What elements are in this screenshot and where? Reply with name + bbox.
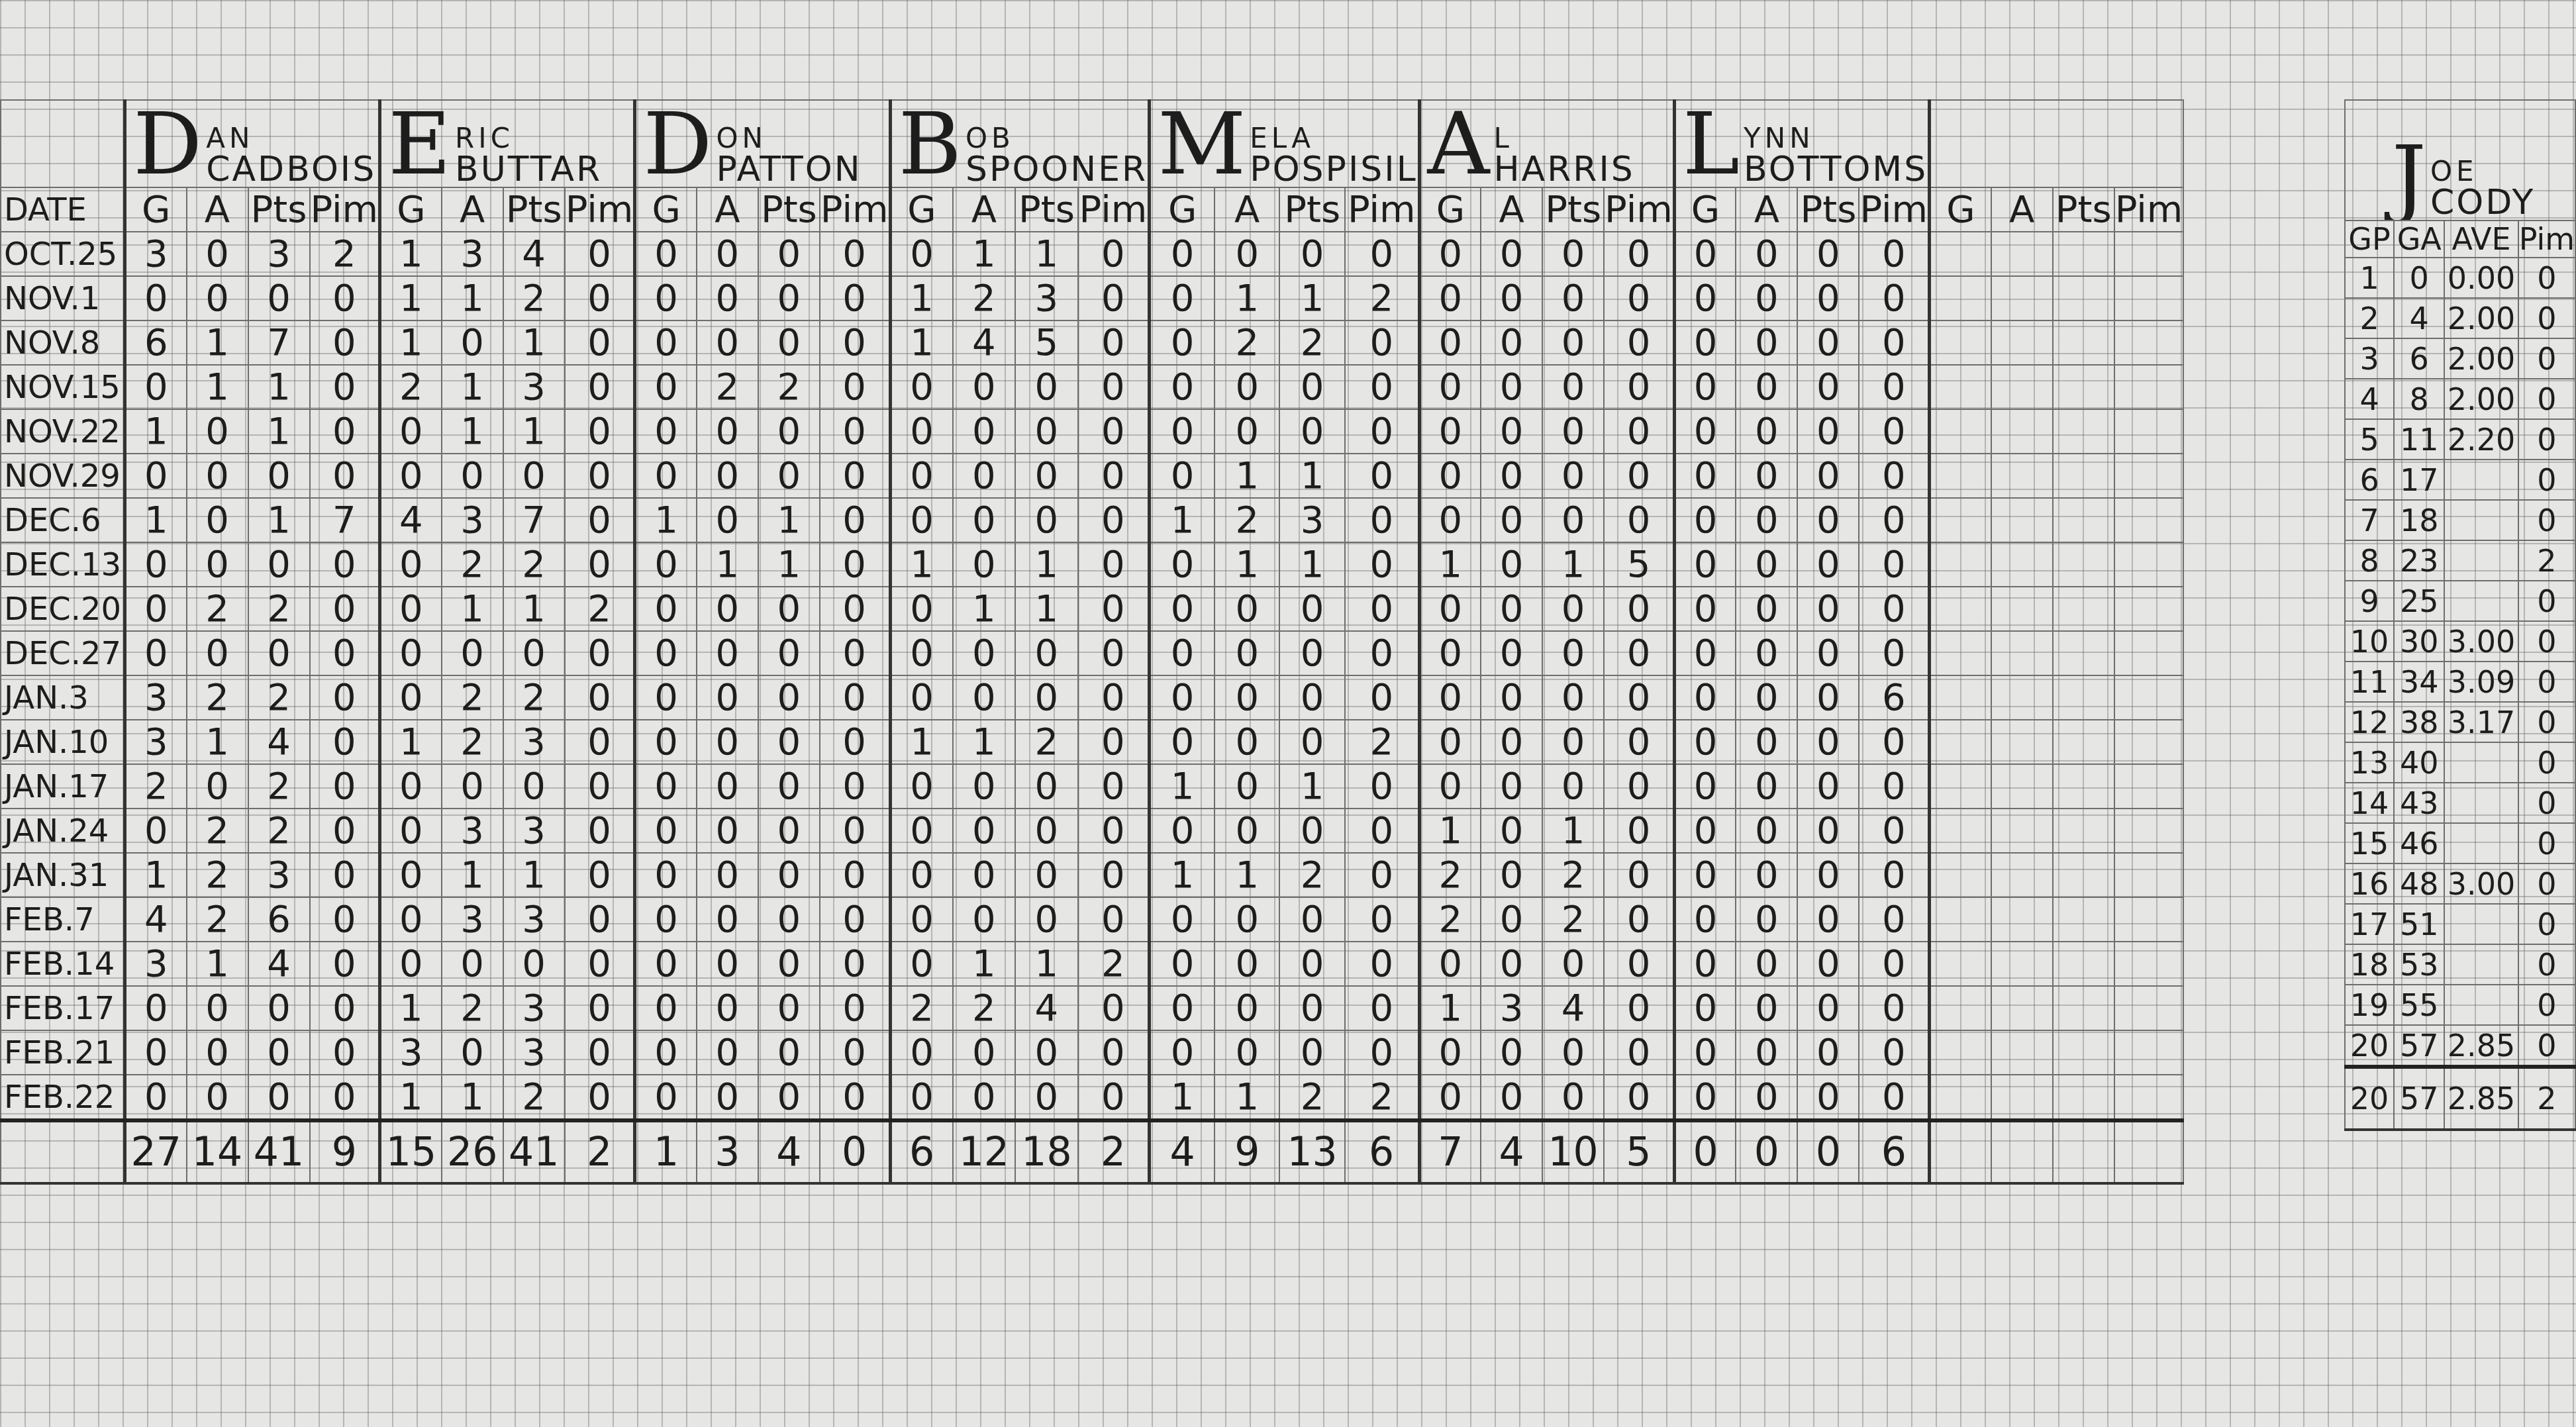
goalie-stat-cell: 2.00 [2444, 338, 2518, 379]
stat-cell: 0 [310, 365, 380, 409]
stat-cell: 0 [1078, 675, 1150, 720]
game-row: JAN.103140123000001120000200000000 [1, 720, 2183, 764]
stat-cell: 0 [1797, 675, 1859, 720]
stat-cell: 0 [187, 276, 248, 320]
stat-cell [1930, 942, 1991, 986]
stat-cell: 0 [310, 675, 380, 720]
goalie-game-row: 20572.850 [2345, 1025, 2575, 1067]
stat-cell: 0 [1859, 409, 1929, 454]
goalie-game-row: 13400 [2345, 742, 2575, 783]
stat-cell: 0 [1797, 764, 1859, 809]
stat-cell: 0 [1797, 276, 1859, 320]
player-name-header: DONPATTON [635, 100, 890, 187]
goalie-game-row: 6170 [2345, 460, 2575, 500]
stat-header: Pim [2114, 187, 2184, 232]
goalie-stat-cell [2444, 742, 2518, 783]
stat-cell: 0 [758, 853, 820, 897]
stat-cell: 0 [820, 320, 890, 365]
game-date: DEC.6 [1, 498, 125, 542]
goalie-stat-cell: 3.00 [2444, 863, 2518, 904]
game-date: NOV.29 [1, 454, 125, 498]
stat-cell: 0 [1542, 320, 1604, 365]
goalie-stat-header: GA [2394, 221, 2444, 258]
stat-cell: 0 [1279, 409, 1344, 454]
stat-cell: 0 [187, 986, 248, 1030]
stat-cell: 0 [820, 942, 890, 986]
stat-cell: 0 [1674, 542, 1736, 587]
total-cell: 9 [1214, 1120, 1279, 1183]
stat-cell: 0 [1279, 942, 1344, 986]
goalie-stat-cell: 40 [2394, 742, 2444, 783]
stat-cell: 0 [1345, 320, 1419, 365]
stat-cell: 0 [953, 454, 1016, 498]
stat-cell: 0 [1214, 232, 1279, 276]
stat-cell: 1 [1150, 764, 1214, 809]
total-cell: 6 [890, 1120, 953, 1183]
goalie-stat-cell: 2 [2518, 540, 2575, 581]
stat-cell: 0 [1542, 764, 1604, 809]
stat-cell: 1 [1150, 853, 1214, 897]
stat-cell: 0 [758, 1075, 820, 1120]
stat-cell: 0 [1736, 320, 1797, 365]
total-cell [1930, 1120, 1991, 1183]
goalie-stat-cell: 25 [2394, 581, 2444, 621]
player-first-name: RIC [455, 124, 602, 152]
date-name-spacer [1, 100, 125, 187]
goalie-header-row: GPGAAVEPim [2345, 221, 2575, 258]
stat-cell: 0 [1078, 498, 1150, 542]
player-last-name: PATTON [717, 152, 862, 187]
stat-cell: 2 [187, 853, 248, 897]
stat-cell: 2 [125, 764, 187, 809]
stat-cell: 0 [635, 942, 697, 986]
stat-cell [2114, 1075, 2184, 1120]
stat-cell: 0 [310, 409, 380, 454]
stat-cell: 1 [953, 232, 1016, 276]
stat-cell: 0 [953, 853, 1016, 897]
game-date: FEB.21 [1, 1030, 125, 1075]
goalie-stat-cell: 51 [2394, 904, 2444, 944]
stat-cell [2053, 365, 2114, 409]
stat-cell: 0 [565, 1030, 635, 1075]
stat-cell: 0 [1078, 1030, 1150, 1075]
stat-cell [2114, 720, 2184, 764]
stat-cell: 0 [380, 587, 442, 631]
stat-cell: 0 [1078, 409, 1150, 454]
game-date: JAN.31 [1, 853, 125, 897]
stat-cell: 0 [125, 986, 187, 1030]
stat-cell [1930, 1030, 1991, 1075]
stat-header: Pts [1015, 187, 1078, 232]
stat-cell: 2 [442, 542, 503, 587]
stat-cell: 1 [1214, 542, 1279, 587]
stat-cell: 0 [1542, 675, 1604, 720]
stat-cell: 0 [758, 1030, 820, 1075]
stat-cell: 0 [758, 454, 820, 498]
stat-cell: 0 [1859, 454, 1929, 498]
stat-cell: 2 [1015, 720, 1078, 764]
goalie-stat-cell: 0 [2518, 298, 2575, 338]
stat-cell: 2 [758, 365, 820, 409]
stat-cell: 0 [1797, 232, 1859, 276]
goalie-stat-cell: 2 [2345, 298, 2394, 338]
stat-cell [1930, 587, 1991, 631]
stat-cell: 1 [442, 365, 503, 409]
stat-cell: 0 [1859, 498, 1929, 542]
stat-cell: 4 [248, 720, 310, 764]
stat-cell: 0 [1345, 1030, 1419, 1075]
stat-cell: 5 [1015, 320, 1078, 365]
game-date: FEB.14 [1, 942, 125, 986]
stat-cell: 0 [1481, 631, 1542, 675]
goalie-game-row: 8232 [2345, 540, 2575, 581]
stat-cell: 0 [1736, 542, 1797, 587]
goalie-stats-table: J OE CODY GPGAAVEPim 100.000242.000362.0… [2344, 99, 2576, 1131]
goalie-stat-cell [2444, 460, 2518, 500]
stat-cell: 0 [1736, 409, 1797, 454]
game-date: JAN.3 [1, 675, 125, 720]
stat-cell: 0 [1279, 809, 1344, 853]
stat-cell: 2 [442, 675, 503, 720]
player-initial: B [899, 101, 962, 187]
stat-cell: 0 [1419, 1075, 1481, 1120]
goalie-stat-cell [2444, 581, 2518, 621]
player-name-header: BOBSPOONER [890, 100, 1150, 187]
stat-cell: 1 [248, 498, 310, 542]
stat-cell: 0 [1078, 897, 1150, 942]
player-last-name: HARRIS [1494, 152, 1635, 187]
stat-cell: 0 [1481, 232, 1542, 276]
stat-cell [2114, 454, 2184, 498]
goalie-stat-cell: 8 [2345, 540, 2394, 581]
total-cell: 7 [1419, 1120, 1481, 1183]
stat-cell: 3 [248, 232, 310, 276]
stat-cell: 0 [310, 1030, 380, 1075]
stat-cell: 0 [248, 454, 310, 498]
stat-cell: 0 [1150, 942, 1214, 986]
stat-header: Pim [310, 187, 380, 232]
stat-cell [2114, 764, 2184, 809]
stat-cell: 0 [1214, 986, 1279, 1030]
stat-cell: 2 [1345, 1075, 1419, 1120]
stat-cell: 0 [1604, 498, 1674, 542]
goalie-stat-cell: 0 [2518, 621, 2575, 662]
total-cell [1991, 1120, 2053, 1183]
total-cell: 5 [1604, 1120, 1674, 1183]
stat-cell: 0 [635, 409, 697, 454]
stat-cell: 1 [1214, 1075, 1279, 1120]
game-row: FEB.74260033000000000000020200000 [1, 897, 2183, 942]
stat-cell: 0 [1604, 409, 1674, 454]
stat-cell: 1 [125, 853, 187, 897]
stat-cell: 0 [442, 764, 503, 809]
stat-cell: 0 [310, 897, 380, 942]
goalie-stat-cell: 0 [2518, 823, 2575, 863]
stat-cell: 0 [1214, 587, 1279, 631]
goalie-stat-cell [2444, 904, 2518, 944]
stat-cell [1991, 1030, 2053, 1075]
game-row: NOV.290000000000000000011000000000 [1, 454, 2183, 498]
total-cell [2053, 1120, 2114, 1183]
stat-cell: 0 [1859, 320, 1929, 365]
stat-cell: 0 [1345, 853, 1419, 897]
stat-cell: 7 [248, 320, 310, 365]
stat-cell: 1 [503, 320, 565, 365]
stat-cell [2114, 853, 2184, 897]
stat-cell [2053, 276, 2114, 320]
stat-cell [2053, 409, 2114, 454]
goalie-stat-cell: 3.09 [2444, 662, 2518, 702]
stat-cell: 0 [503, 631, 565, 675]
stat-cell: 1 [442, 276, 503, 320]
stat-cell: 0 [1150, 631, 1214, 675]
goalie-game-row: 9250 [2345, 581, 2575, 621]
totals-row: 27144191526412134061218249136741050006 [1, 1120, 2183, 1183]
stat-cell: 0 [1859, 232, 1929, 276]
stat-cell: 0 [635, 1075, 697, 1120]
stat-cell: 0 [1736, 365, 1797, 409]
stat-cell: 0 [248, 276, 310, 320]
stat-cell: 0 [1542, 587, 1604, 631]
stat-cell: 0 [1736, 498, 1797, 542]
stat-cell: 0 [1604, 1030, 1674, 1075]
stat-cell: 0 [1150, 542, 1214, 587]
goalie-stat-cell: 17 [2394, 460, 2444, 500]
stat-cell: 2 [503, 675, 565, 720]
stat-cell: 0 [380, 675, 442, 720]
goalie-total-cell: 20 [2345, 1067, 2394, 1130]
stat-cell: 0 [1542, 365, 1604, 409]
total-cell: 18 [1015, 1120, 1078, 1183]
stat-cell: 0 [1078, 1075, 1150, 1120]
stat-cell: 2 [310, 232, 380, 276]
stat-cell: 0 [1214, 409, 1279, 454]
stat-cell: 0 [1674, 232, 1736, 276]
goalie-game-row: 362.000 [2345, 338, 2575, 379]
stat-cell: 1 [1015, 232, 1078, 276]
stat-cell: 0 [758, 897, 820, 942]
goalie-stat-cell: 57 [2394, 1025, 2444, 1067]
stat-cell: 0 [820, 542, 890, 587]
stat-cell: 2 [1345, 276, 1419, 320]
stat-cell: 0 [1736, 232, 1797, 276]
player-name-header: LYNNBOTTOMS [1674, 100, 1929, 187]
stat-cell: 0 [1797, 1075, 1859, 1120]
stat-header: G [1674, 187, 1736, 232]
stat-cell: 0 [380, 454, 442, 498]
stat-cell: 2 [1279, 1075, 1344, 1120]
goalie-stat-cell: 30 [2394, 621, 2444, 662]
stat-header: Pts [2053, 187, 2114, 232]
stat-cell: 0 [758, 764, 820, 809]
stat-cell [2053, 720, 2114, 764]
stat-cell [1991, 720, 2053, 764]
total-cell: 13 [1279, 1120, 1344, 1183]
stat-cell: 0 [565, 809, 635, 853]
stat-cell: 2 [248, 587, 310, 631]
stat-cell: 0 [820, 276, 890, 320]
stat-cell [1930, 764, 1991, 809]
stat-cell: 1 [1214, 454, 1279, 498]
stat-cell: 0 [1078, 454, 1150, 498]
stat-cell: 0 [1797, 454, 1859, 498]
stat-cell: 0 [635, 853, 697, 897]
stat-cell: 0 [820, 897, 890, 942]
goalie-total-cell: 2 [2518, 1067, 2575, 1130]
total-cell: 6 [1345, 1120, 1419, 1183]
player-first-name: AN [206, 124, 376, 152]
totals-label [1, 1120, 125, 1183]
stat-cell: 0 [1279, 1030, 1344, 1075]
game-row: JAN.311230011000000000112020200000 [1, 853, 2183, 897]
stat-cell: 0 [1542, 631, 1604, 675]
goalie-game-row: 17510 [2345, 904, 2575, 944]
total-cell: 6 [1859, 1120, 1929, 1183]
stat-cell: 0 [1345, 587, 1419, 631]
stat-cell: 0 [1345, 498, 1419, 542]
stat-cell [1991, 276, 2053, 320]
stat-cell: 0 [187, 1030, 248, 1075]
stat-cell: 2 [1419, 897, 1481, 942]
stat-cell: 2 [380, 365, 442, 409]
stat-cell: 0 [890, 942, 953, 986]
stat-cell: 0 [1674, 409, 1736, 454]
stat-cell: 0 [125, 587, 187, 631]
goalie-stat-cell: 19 [2345, 985, 2394, 1025]
stat-cell: 2 [248, 809, 310, 853]
stat-cell: 2 [697, 365, 758, 409]
stat-cell: 0 [890, 1075, 953, 1120]
goalie-stat-cell: 3.00 [2444, 621, 2518, 662]
stat-cell [2114, 587, 2184, 631]
stat-cell: 2 [503, 1075, 565, 1120]
stat-cell: 0 [1345, 232, 1419, 276]
stat-cell: 2 [187, 897, 248, 942]
stat-cell: 1 [890, 542, 953, 587]
stat-cell: 0 [1481, 1075, 1542, 1120]
stat-cell: 0 [820, 1075, 890, 1120]
stat-cell: 0 [442, 631, 503, 675]
stat-cell: 0 [697, 454, 758, 498]
game-date: NOV.8 [1, 320, 125, 365]
stat-cell: 1 [380, 276, 442, 320]
player-initial: A [1428, 101, 1490, 187]
stat-header: Pts [758, 187, 820, 232]
stat-cell: 0 [1797, 942, 1859, 986]
stat-cell [1930, 986, 1991, 1030]
goalie-stat-header: GP [2345, 221, 2394, 258]
stat-header: A [697, 187, 758, 232]
stat-cell: 0 [953, 1030, 1016, 1075]
goalie-stat-cell [2444, 985, 2518, 1025]
stat-cell: 0 [187, 409, 248, 454]
stat-cell [1991, 409, 2053, 454]
goalie-stat-cell: 0 [2518, 338, 2575, 379]
stat-cell: 0 [1279, 897, 1344, 942]
stat-cell: 0 [1674, 897, 1736, 942]
stat-cell: 0 [1015, 809, 1078, 853]
stat-cell: 0 [442, 454, 503, 498]
stat-cell [1930, 232, 1991, 276]
stat-header: A [1481, 187, 1542, 232]
stat-cell: 0 [890, 631, 953, 675]
stat-cell: 0 [1859, 897, 1929, 942]
stat-cell: 0 [1797, 365, 1859, 409]
stat-cell: 1 [1150, 498, 1214, 542]
stat-cell: 0 [1604, 587, 1674, 631]
total-cell: 2 [1078, 1120, 1150, 1183]
stat-cell: 3 [125, 720, 187, 764]
stat-cell: 0 [953, 764, 1016, 809]
goalie-stat-cell: 1 [2345, 258, 2394, 298]
stat-cell: 2 [1279, 320, 1344, 365]
stat-cell: 0 [310, 853, 380, 897]
goalie-stat-cell: 0 [2518, 863, 2575, 904]
stat-cell: 0 [1419, 675, 1481, 720]
stat-cell: 0 [1604, 365, 1674, 409]
stat-cell: 0 [1674, 1030, 1736, 1075]
stat-cell: 0 [1150, 454, 1214, 498]
stat-cell: 0 [1078, 631, 1150, 675]
stat-cell: 0 [1481, 365, 1542, 409]
game-date: DEC.20 [1, 587, 125, 631]
stat-cell: 0 [1859, 809, 1929, 853]
stat-cell: 0 [820, 232, 890, 276]
stat-cell: 4 [1542, 986, 1604, 1030]
stat-cell [2053, 853, 2114, 897]
goalie-stat-cell: 0 [2394, 258, 2444, 298]
goalie-game-row: 14430 [2345, 783, 2575, 823]
game-row: FEB.210000303000000000000000000000 [1, 1030, 2183, 1075]
stat-header: Pim [820, 187, 890, 232]
stat-cell: 3 [503, 720, 565, 764]
stat-cell: 0 [1481, 320, 1542, 365]
stat-cell: 0 [565, 409, 635, 454]
stat-cell: 0 [635, 320, 697, 365]
stat-cell: 0 [697, 853, 758, 897]
goalie-stat-cell [2444, 783, 2518, 823]
stat-cell: 0 [1481, 764, 1542, 809]
stat-cell: 0 [565, 454, 635, 498]
stat-cell: 2 [187, 809, 248, 853]
stat-cell [2114, 675, 2184, 720]
goalie-stat-cell: 11 [2394, 419, 2444, 460]
stat-cell: 0 [125, 454, 187, 498]
stat-cell: 0 [1279, 986, 1344, 1030]
goalie-stat-cell: 0 [2518, 904, 2575, 944]
stat-cell: 0 [758, 942, 820, 986]
stat-cell: 0 [1150, 897, 1214, 942]
stat-cell: 1 [1542, 809, 1604, 853]
stat-cell: 3 [503, 897, 565, 942]
stat-cell: 0 [1797, 587, 1859, 631]
stat-header: G [125, 187, 187, 232]
stat-cell: 2 [442, 720, 503, 764]
stat-cell: 0 [1674, 1075, 1736, 1120]
stat-cell: 0 [1214, 942, 1279, 986]
stat-cell: 0 [1859, 631, 1929, 675]
stat-cell: 0 [1214, 365, 1279, 409]
stat-cell: 3 [442, 498, 503, 542]
player-initial: M [1158, 101, 1246, 187]
stat-cell: 0 [1419, 276, 1481, 320]
total-cell: 1 [635, 1120, 697, 1183]
stat-cell: 0 [310, 276, 380, 320]
stat-cell: 0 [1345, 409, 1419, 454]
stat-cell: 0 [758, 320, 820, 365]
game-row: NOV.86170101000001450022000000000 [1, 320, 2183, 365]
stat-header: Pts [503, 187, 565, 232]
